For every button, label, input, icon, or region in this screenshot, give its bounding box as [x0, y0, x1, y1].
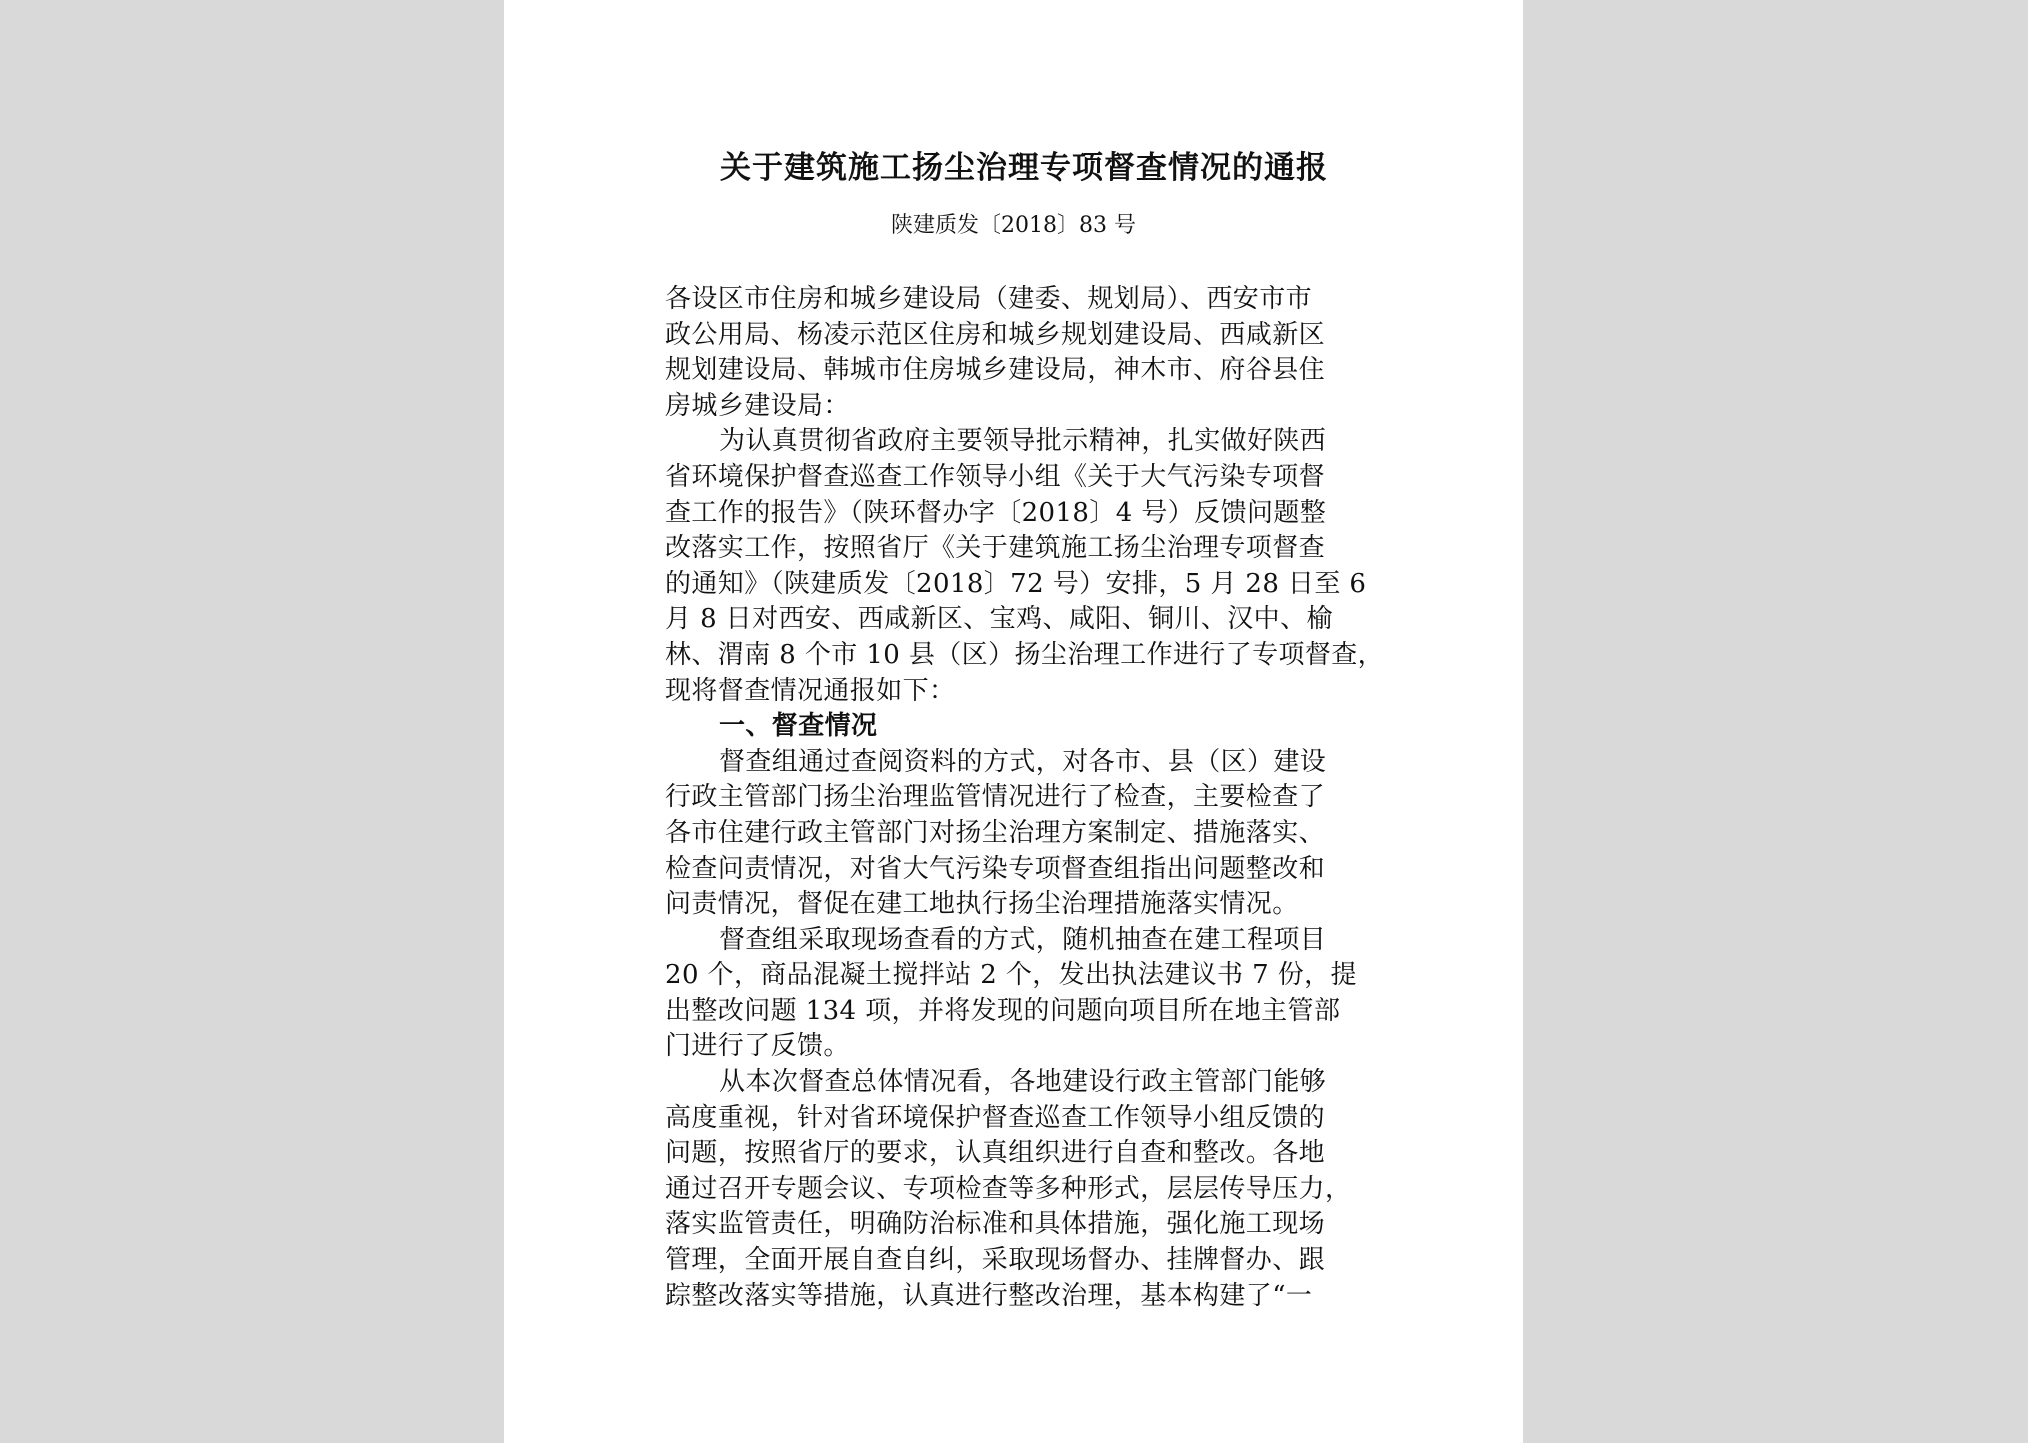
body-line: 省环境保护督查巡查工作领导小组《关于大气污染专项督 [665, 460, 1365, 496]
body-line: 通过召开专题会议、专项检查等多种形式，层层传导压力， [665, 1172, 1365, 1208]
body-line: 门进行了反馈。 [665, 1029, 1365, 1065]
body-line: 查工作的报告》（陕环督办字〔2018〕4 号）反馈问题整 [665, 496, 1365, 532]
body-line: 管理，全面开展自查自纠，采取现场督办、挂牌督办、跟 [665, 1243, 1365, 1279]
body-line: 踪整改落实等措施，认真进行整改治理，基本构建了“一 [665, 1279, 1365, 1315]
body-line: 各市住建行政主管部门对扬尘治理方案制定、措施落实、 [665, 816, 1365, 852]
body-line: 房城乡建设局： [665, 389, 1365, 425]
document-page: 关于建筑施工扬尘治理专项督查情况的通报 陕建质发〔2018〕83 号 各设区市住… [504, 0, 1523, 1443]
body-line: 行政主管部门扬尘治理监管情况进行了检查，主要检查了 [665, 780, 1365, 816]
paragraph-start-line: 督查组通过查阅资料的方式，对各市、县（区）建设 [665, 745, 1365, 781]
body-line: 政公用局、杨凌示范区住房和城乡规划建设局、西咸新区 [665, 318, 1365, 354]
body-line: 现将督查情况通报如下： [665, 674, 1365, 710]
paragraph-start-line: 督查组采取现场查看的方式，随机抽查在建工程项目 [665, 923, 1365, 959]
body-line: 20 个，商品混凝土搅拌站 2 个，发出执法建议书 7 份，提 [665, 958, 1365, 994]
body-line: 问题，按照省厅的要求，认真组织进行自查和整改。各地 [665, 1136, 1365, 1172]
body-line: 改落实工作，按照省厅《关于建筑施工扬尘治理专项督查 [665, 531, 1365, 567]
paragraph-start-line: 为认真贯彻省政府主要领导批示精神，扎实做好陕西 [665, 424, 1365, 460]
body-line: 问责情况，督促在建工地执行扬尘治理措施落实情况。 [665, 887, 1365, 923]
section-heading: 一、督查情况 [665, 709, 1365, 745]
document-body: 各设区市住房和城乡建设局（建委、规划局）、西安市市 政公用局、杨凌示范区住房和城… [665, 282, 1365, 1314]
body-line: 月 8 日对西安、西咸新区、宝鸡、咸阳、铜川、汉中、榆 [665, 602, 1365, 638]
body-line: 落实监管责任，明确防治标准和具体措施，强化施工现场 [665, 1207, 1365, 1243]
body-line: 林、渭南 8 个市 10 县（区）扬尘治理工作进行了专项督查， [665, 638, 1365, 674]
document-number: 陕建质发〔2018〕83 号 [504, 210, 1523, 242]
document-title: 关于建筑施工扬尘治理专项督查情况的通报 [504, 148, 1544, 188]
body-line: 检查问责情况，对省大气污染专项督查组指出问题整改和 [665, 852, 1365, 888]
body-line: 高度重视，针对省环境保护督查巡查工作领导小组反馈的 [665, 1101, 1365, 1137]
body-line: 的通知》（陕建质发〔2018〕72 号）安排，5 月 28 日至 6 [665, 567, 1365, 603]
body-line: 出整改问题 134 项，并将发现的问题向项目所在地主管部 [665, 994, 1365, 1030]
body-line: 规划建设局、韩城市住房城乡建设局，神木市、府谷县住 [665, 353, 1365, 389]
body-line: 各设区市住房和城乡建设局（建委、规划局）、西安市市 [665, 282, 1365, 318]
paragraph-start-line: 从本次督查总体情况看，各地建设行政主管部门能够 [665, 1065, 1365, 1101]
